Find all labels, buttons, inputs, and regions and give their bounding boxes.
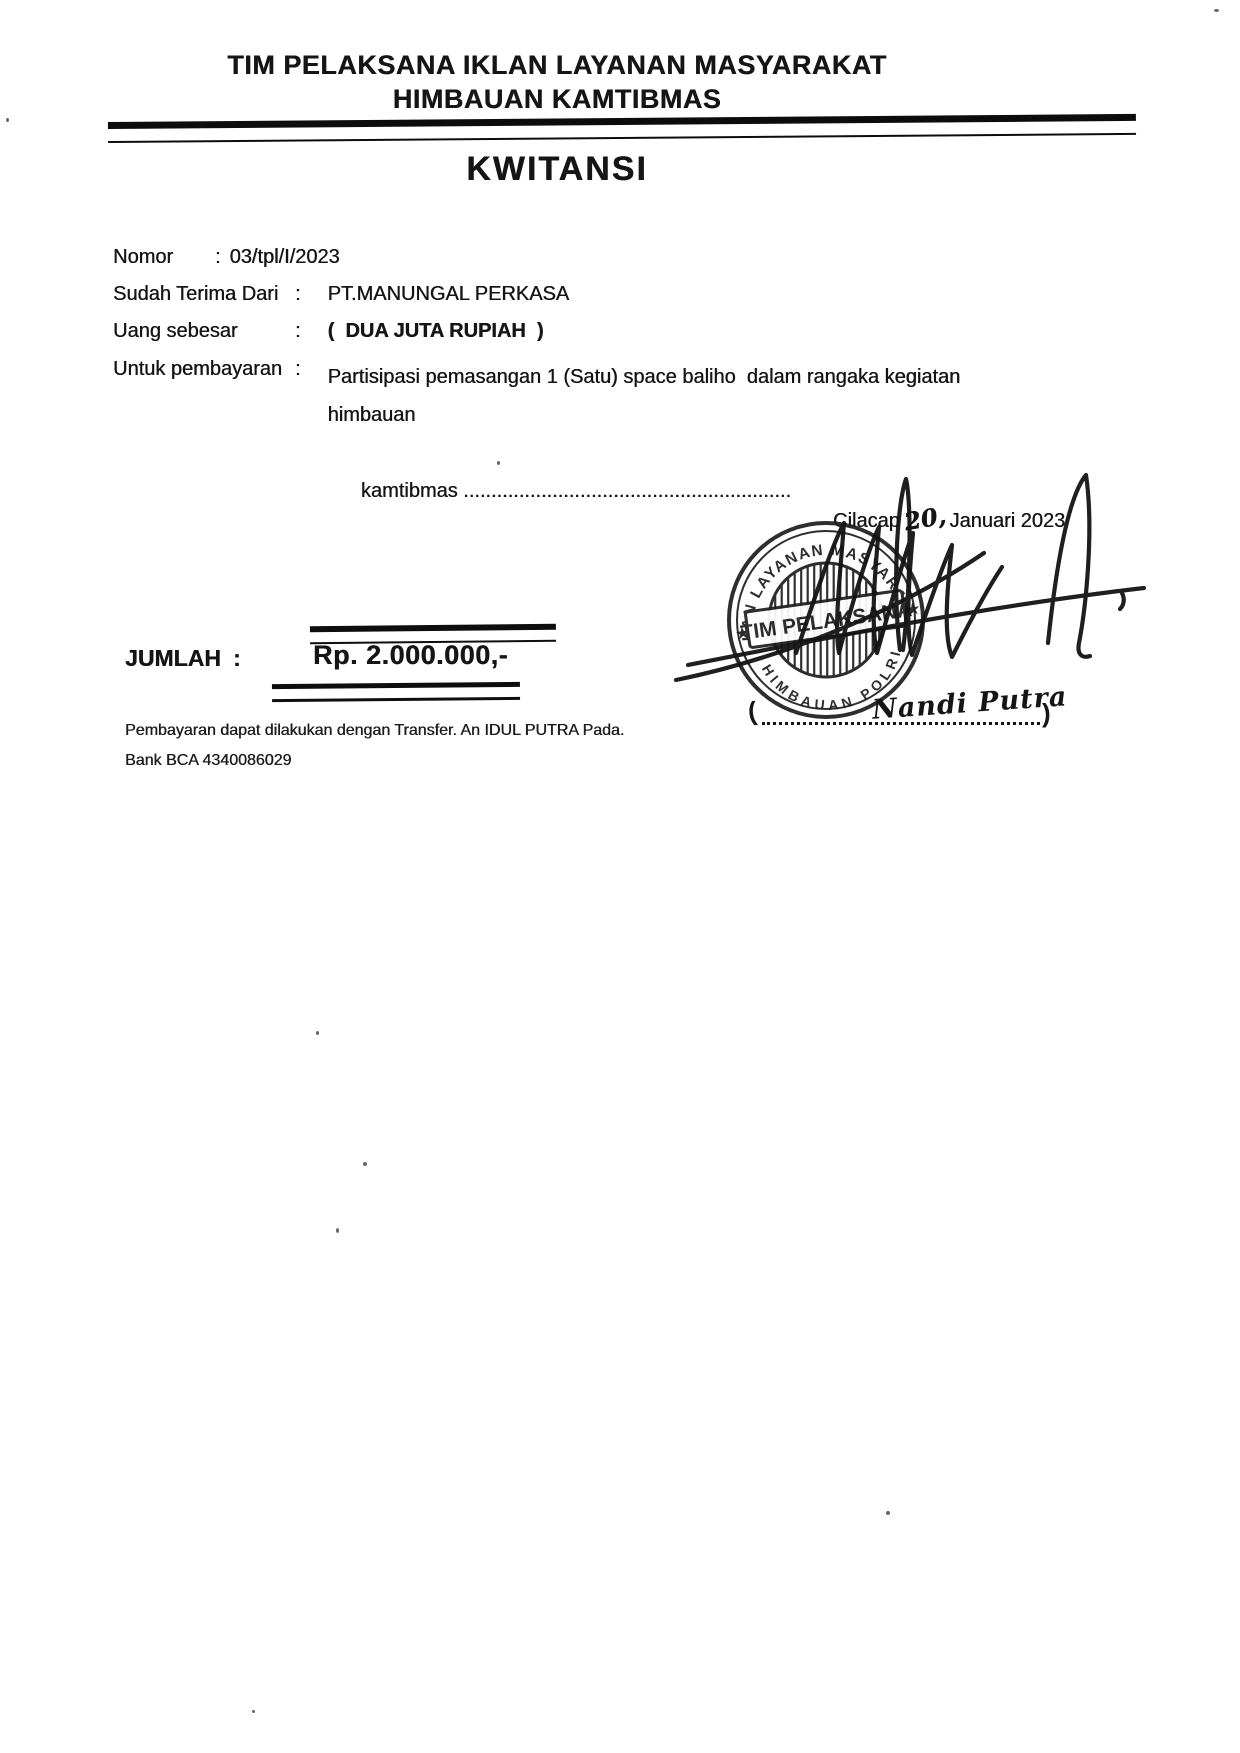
field-value-uang: ( DUA JUTA RUPIAH ) xyxy=(328,320,544,343)
jumlah-amount: Rp. 2.000.000,- xyxy=(313,640,508,671)
scan-artifact xyxy=(1214,9,1219,12)
field-colon: : xyxy=(215,246,221,269)
scan-artifact xyxy=(497,461,500,465)
scan-artifact xyxy=(6,118,9,122)
scan-artifact xyxy=(252,1710,255,1713)
field-value-nomor: 03/tpl/I/2023 xyxy=(230,246,340,269)
field-row-terima: Sudah Terima Dari : PT.MANUNGAL PERKASA xyxy=(113,283,569,306)
signature-paren-close: ) xyxy=(1042,698,1051,729)
signature-dotted-line xyxy=(762,700,1040,725)
signature-scrawl xyxy=(650,445,1150,715)
header-line2: HIMBAUAN KAMTIBMAS xyxy=(0,84,1114,115)
header-line1: TIM PELAKSANA IKLAN LAYANAN MASYARAKAT xyxy=(0,50,1114,81)
header-double-rule xyxy=(108,114,1136,143)
scan-artifact xyxy=(336,1228,339,1233)
field-colon: : xyxy=(295,358,301,510)
field-row-uang: Uang sebesar : ( DUA JUTA RUPIAH ) xyxy=(113,320,543,343)
jumlah-colon: : xyxy=(233,645,241,672)
field-label-uang: Uang sebesar xyxy=(113,320,295,343)
footer-note-line2: Bank BCA 4340086029 xyxy=(125,752,291,770)
field-label-terima: Sudah Terima Dari xyxy=(113,283,295,306)
field-colon: : xyxy=(295,283,301,306)
field-colon: : xyxy=(295,320,301,343)
field-row-nomor: Nomor : 03/tpl/I/2023 xyxy=(113,246,340,269)
field-value-terima: PT.MANUNGAL PERKASA xyxy=(328,283,570,306)
receipt-page: TIM PELAKSANA IKLAN LAYANAN MASYARAKAT H… xyxy=(0,0,1240,1753)
scan-artifact xyxy=(316,1031,319,1035)
jumlah-label: JUMLAH xyxy=(125,645,233,672)
amount-double-underline xyxy=(272,682,520,702)
field-label-untuk: Untuk pembayaran xyxy=(113,358,295,510)
scan-artifact xyxy=(886,1511,890,1515)
scan-artifact xyxy=(363,1162,367,1166)
field-label-nomor: Nomor xyxy=(113,246,215,269)
untuk-line1: Partisipasi pemasangan 1 (Satu) space ba… xyxy=(328,366,966,426)
footer-note-line1: Pembayaran dapat dilakukan dengan Transf… xyxy=(125,722,624,740)
receipt-title: KWITANSI xyxy=(0,150,1114,189)
jumlah-row: JUMLAH : xyxy=(125,645,241,672)
